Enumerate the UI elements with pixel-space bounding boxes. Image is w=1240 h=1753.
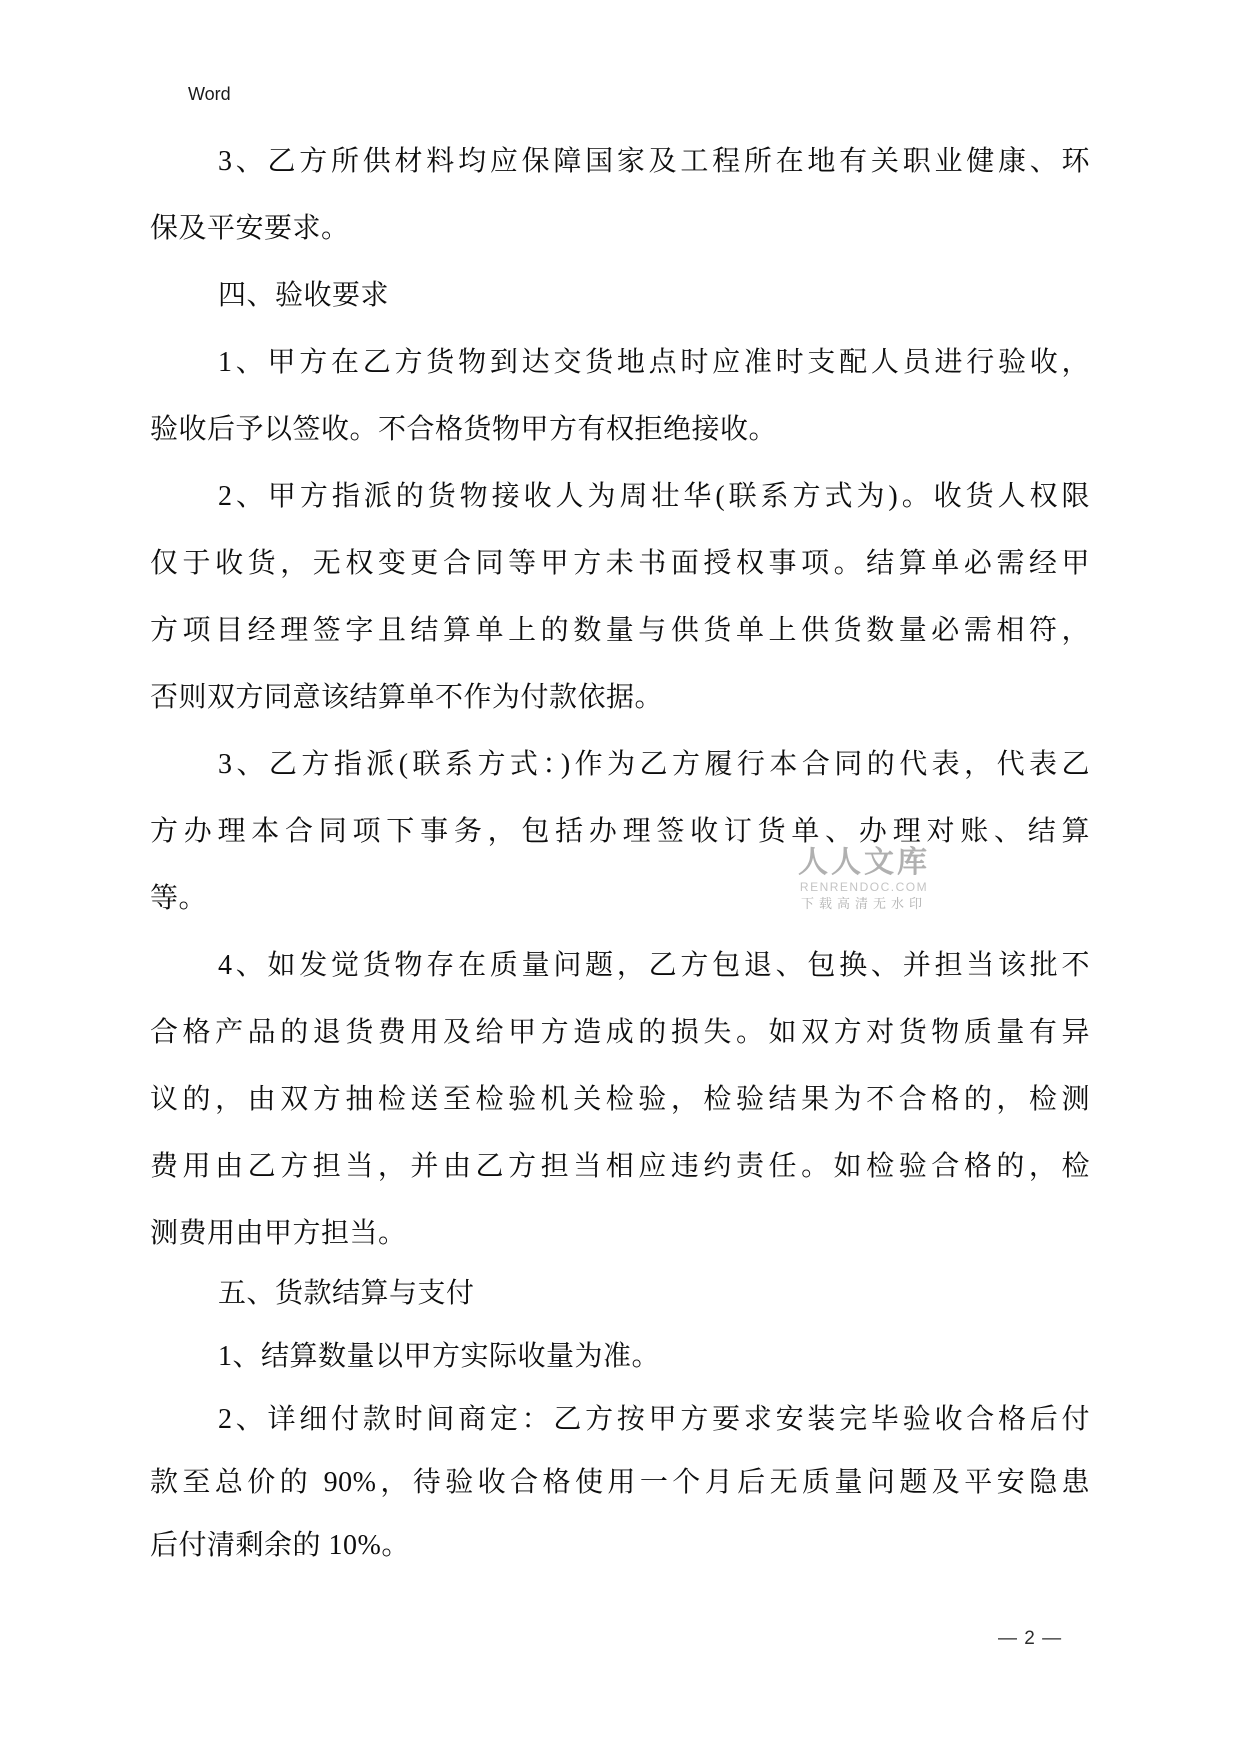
text-line: 验收后予以签收。不合格货物甲方有权拒绝接收。: [150, 396, 1090, 463]
text-line: 方项目经理签字且结算单上的数量与供货单上供货数量必需相符，: [150, 597, 1090, 664]
watermark-site: RENRENDOC.COM: [788, 880, 940, 895]
watermark: 人人文库 RENRENDOC.COM 下载高清无水印: [788, 846, 940, 912]
app-label: Word: [188, 84, 231, 105]
text-line: 保及平安要求。: [150, 195, 1090, 262]
text-line: 1、结算数量以甲方实际收量为准。: [150, 1325, 1090, 1388]
text-line: 2、甲方指派的货物接收人为周壮华(联系方式为)。收货人权限: [150, 463, 1090, 530]
text-line: 议的，由双方抽检送至检验机关检验，检验结果为不合格的，检测: [150, 1066, 1090, 1133]
document-body-upper: 3、乙方所供材料均应保障国家及工程所在地有关职业健康、环保及平安要求。四、验收要…: [150, 128, 1090, 1267]
text-line: 款至总价的 90%，待验收合格使用一个月后无质量问题及平安隐患: [150, 1451, 1090, 1514]
text-line: 3、乙方指派(联系方式：)作为乙方履行本合同的代表，代表乙: [150, 731, 1090, 798]
text-line: 1、甲方在乙方货物到达交货地点时应准时支配人员进行验收，: [150, 329, 1090, 396]
watermark-tagline: 下载高清无水印: [788, 895, 940, 912]
text-line: 四、验收要求: [150, 262, 1090, 329]
text-line: 合格产品的退货费用及给甲方造成的损失。如双方对货物质量有异: [150, 999, 1090, 1066]
text-line: 后付清剩余的 10%。: [150, 1514, 1090, 1577]
watermark-title: 人人文库: [788, 846, 940, 880]
document-body-lower: 五、货款结算与支付1、结算数量以甲方实际收量为准。2、详细付款时间商定：乙方按甲…: [150, 1262, 1090, 1577]
text-line: 3、乙方所供材料均应保障国家及工程所在地有关职业健康、环: [150, 128, 1090, 195]
text-line: 等。: [150, 865, 1090, 932]
text-line: 五、货款结算与支付: [150, 1262, 1090, 1325]
document-page: { "page": { "header_label": "Word", "pag…: [0, 0, 1240, 1753]
text-line: 仅于收货，无权变更合同等甲方未书面授权事项。结算单必需经甲: [150, 530, 1090, 597]
text-line: 2、详细付款时间商定：乙方按甲方要求安装完毕验收合格后付: [150, 1388, 1090, 1451]
text-line: 费用由乙方担当，并由乙方担当相应违约责任。如检验合格的，检: [150, 1133, 1090, 1200]
text-line: 4、如发觉货物存在质量问题，乙方包退、包换、并担当该批不: [150, 932, 1090, 999]
text-line: 方办理本合同项下事务，包括办理签收订货单、办理对账、结算: [150, 798, 1090, 865]
text-line: 测费用由甲方担当。: [150, 1200, 1090, 1267]
page-number: — 2 —: [998, 1628, 1062, 1650]
text-line: 否则双方同意该结算单不作为付款依据。: [150, 664, 1090, 731]
